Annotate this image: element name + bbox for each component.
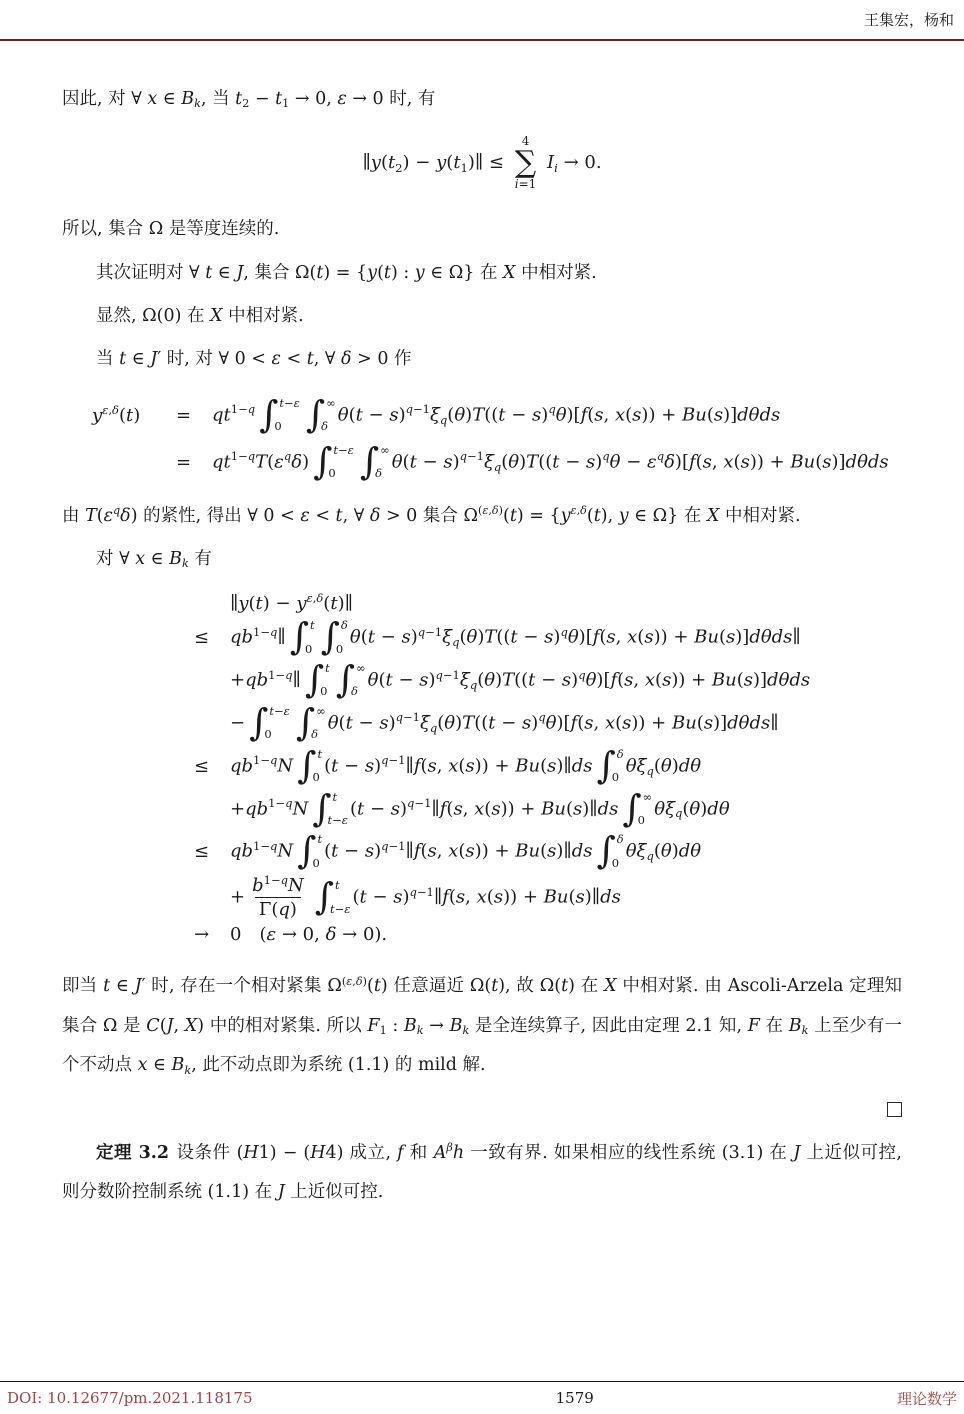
- footer-page-number: 1579: [556, 1389, 594, 1407]
- qed-row: [62, 1102, 902, 1120]
- equation-row: ≤ qb1−qN∫t0(t − s)q−1∥f(s, x(s)) + Bu(s)…: [194, 747, 902, 786]
- equation-row: → 0 (ε → 0, δ → 0).: [194, 924, 902, 945]
- paragraph-forall-x: 对 ∀ x ∈ Bk 有: [62, 545, 902, 573]
- equation-row: +qb1−qN∫tt−ε(t − s)q−1∥f(s, x(s)) + Bu(s…: [194, 790, 902, 829]
- equation-body: qb1−qN∫t0(t − s)q−1∥f(s, x(s)) + Bu(s)∥d…: [230, 747, 902, 786]
- theorem-label: 定理 3.2: [96, 1143, 169, 1163]
- paragraph-next-prove: 其次证明对 ∀ t ∈ J, 集合 Ω(t) = {y(t) : y ∈ Ω} …: [62, 259, 902, 287]
- running-head-authors: 王集宏，杨和: [864, 11, 954, 29]
- paragraph-therefore: 因此, 对 ∀ x ∈ Bk, 当 t2 − t1 → 0, ε → 0 时, …: [62, 85, 902, 113]
- qed-icon: [887, 1102, 902, 1117]
- paragraph-closing: 即当 t ∈ J′ 时, 存在一个相对紧集 Ω(ε,δ)(t) 任意逼近 Ω(t…: [62, 967, 902, 1086]
- paragraph-compactness: 由 T(εqδ) 的紧性, 得出 ∀ 0 < ε < t, ∀ δ > 0 集合…: [62, 502, 902, 530]
- paragraph-when-t: 当 t ∈ J′ 时, 对 ∀ 0 < ε < t, ∀ δ > 0 作: [62, 345, 902, 373]
- footer-journal-name: 理论数学: [897, 1388, 957, 1409]
- equation-row: +b1−qNΓ(q)∫tt−ε(t − s)q−1∥f(s, x(s)) + B…: [194, 875, 902, 920]
- equation-row: yε,δ(t) = qt1−q∫t−ε0∫∞δθ(t − s)q−1ξq(θ)T…: [92, 396, 902, 435]
- paragraph-obvious: 显然, Ω(0) 在 X 中相对紧.: [62, 302, 902, 330]
- equation-relation: ≤: [194, 841, 230, 862]
- display-inequality-chain: ∥y(t) − yε,δ(t)∥ ≤ qb1−q∥∫t0∫δ0θ(t − s)q…: [194, 593, 902, 945]
- paper-page: 王集宏，杨和 因此, 对 ∀ x ∈ Bk, 当 t2 − t1 → 0, ε …: [0, 0, 964, 1414]
- equation-row: = qt1−qT(εqδ)∫t−ε0∫∞δθ(t − s)q−1ξq(θ)T((…: [92, 443, 902, 482]
- equation-row: ∥y(t) − yε,δ(t)∥: [194, 593, 902, 614]
- equation-body: 0 (ε → 0, δ → 0).: [230, 924, 902, 945]
- equation-row: +qb1−q∥∫t0∫∞δθ(t − s)q−1ξq(θ)T((t − s)qθ…: [194, 661, 902, 700]
- equation-row: ≤ qb1−qN∫t0(t − s)q−1∥f(s, x(s)) + Bu(s)…: [194, 832, 902, 871]
- equation-body: ∥y(t) − yε,δ(t)∥: [230, 593, 902, 614]
- equation-relation: ≤: [194, 756, 230, 777]
- equation-body: qb1−qN∫t0(t − s)q−1∥f(s, x(s)) + Bu(s)∥d…: [230, 832, 902, 871]
- equation-row: −∫t−ε0∫∞δθ(t − s)q−1ξq(θ)T((t − s)qθ)[f(…: [194, 704, 902, 743]
- theorem-text: 设条件 (H1) − (H4) 成立, f 和 Aβh 一致有界. 如果相应的线…: [62, 1143, 902, 1203]
- page-footer: DOI: 10.12677/pm.2021.118175 1579 理论数学: [0, 1381, 964, 1414]
- equation-lhs: yε,δ(t): [92, 405, 176, 426]
- equation-body: qt1−qT(εqδ)∫t−ε0∫∞δθ(t − s)q−1ξq(θ)T((t …: [212, 443, 902, 482]
- footer-doi: DOI: 10.12677/pm.2021.118175: [7, 1389, 253, 1407]
- paragraph-equicontinuous: 所以, 集合 Ω 是等度连续的.: [62, 215, 902, 243]
- display-equation-y-eps-delta: yε,δ(t) = qt1−q∫t−ε0∫∞δθ(t − s)q−1ξq(θ)T…: [92, 396, 902, 482]
- equation-body: −∫t−ε0∫∞δθ(t − s)q−1ξq(θ)T((t − s)qθ)[f(…: [230, 704, 902, 743]
- equation-relation: =: [176, 452, 212, 473]
- theorem-3-2: 定理 3.2设条件 (H1) − (H4) 成立, f 和 Aβh 一致有界. …: [62, 1134, 902, 1213]
- formula-norm-sum: ∥y(t2) − y(t1)∥ ≤ 4∑i=1 Ii → 0.: [62, 135, 902, 191]
- equation-body: qb1−q∥∫t0∫δ0θ(t − s)q−1ξq(θ)T((t − s)qθ)…: [230, 618, 902, 657]
- equation-relation: ≤: [194, 627, 230, 648]
- equation-relation: →: [194, 924, 230, 945]
- equation-body: +b1−qNΓ(q)∫tt−ε(t − s)q−1∥f(s, x(s)) + B…: [230, 875, 902, 920]
- equation-body: qt1−q∫t−ε0∫∞δθ(t − s)q−1ξq(θ)T((t − s)qθ…: [212, 396, 902, 435]
- equation-body: +qb1−q∥∫t0∫∞δθ(t − s)q−1ξq(θ)T((t − s)qθ…: [230, 661, 902, 700]
- equation-body: +qb1−qN∫tt−ε(t − s)q−1∥f(s, x(s)) + Bu(s…: [230, 790, 902, 829]
- page-header: 王集宏，杨和: [0, 0, 964, 41]
- page-body: 因此, 对 ∀ x ∈ Bk, 当 t2 − t1 → 0, ε → 0 时, …: [0, 41, 964, 1213]
- equation-relation: =: [176, 405, 212, 426]
- equation-row: ≤ qb1−q∥∫t0∫δ0θ(t − s)q−1ξq(θ)T((t − s)q…: [194, 618, 902, 657]
